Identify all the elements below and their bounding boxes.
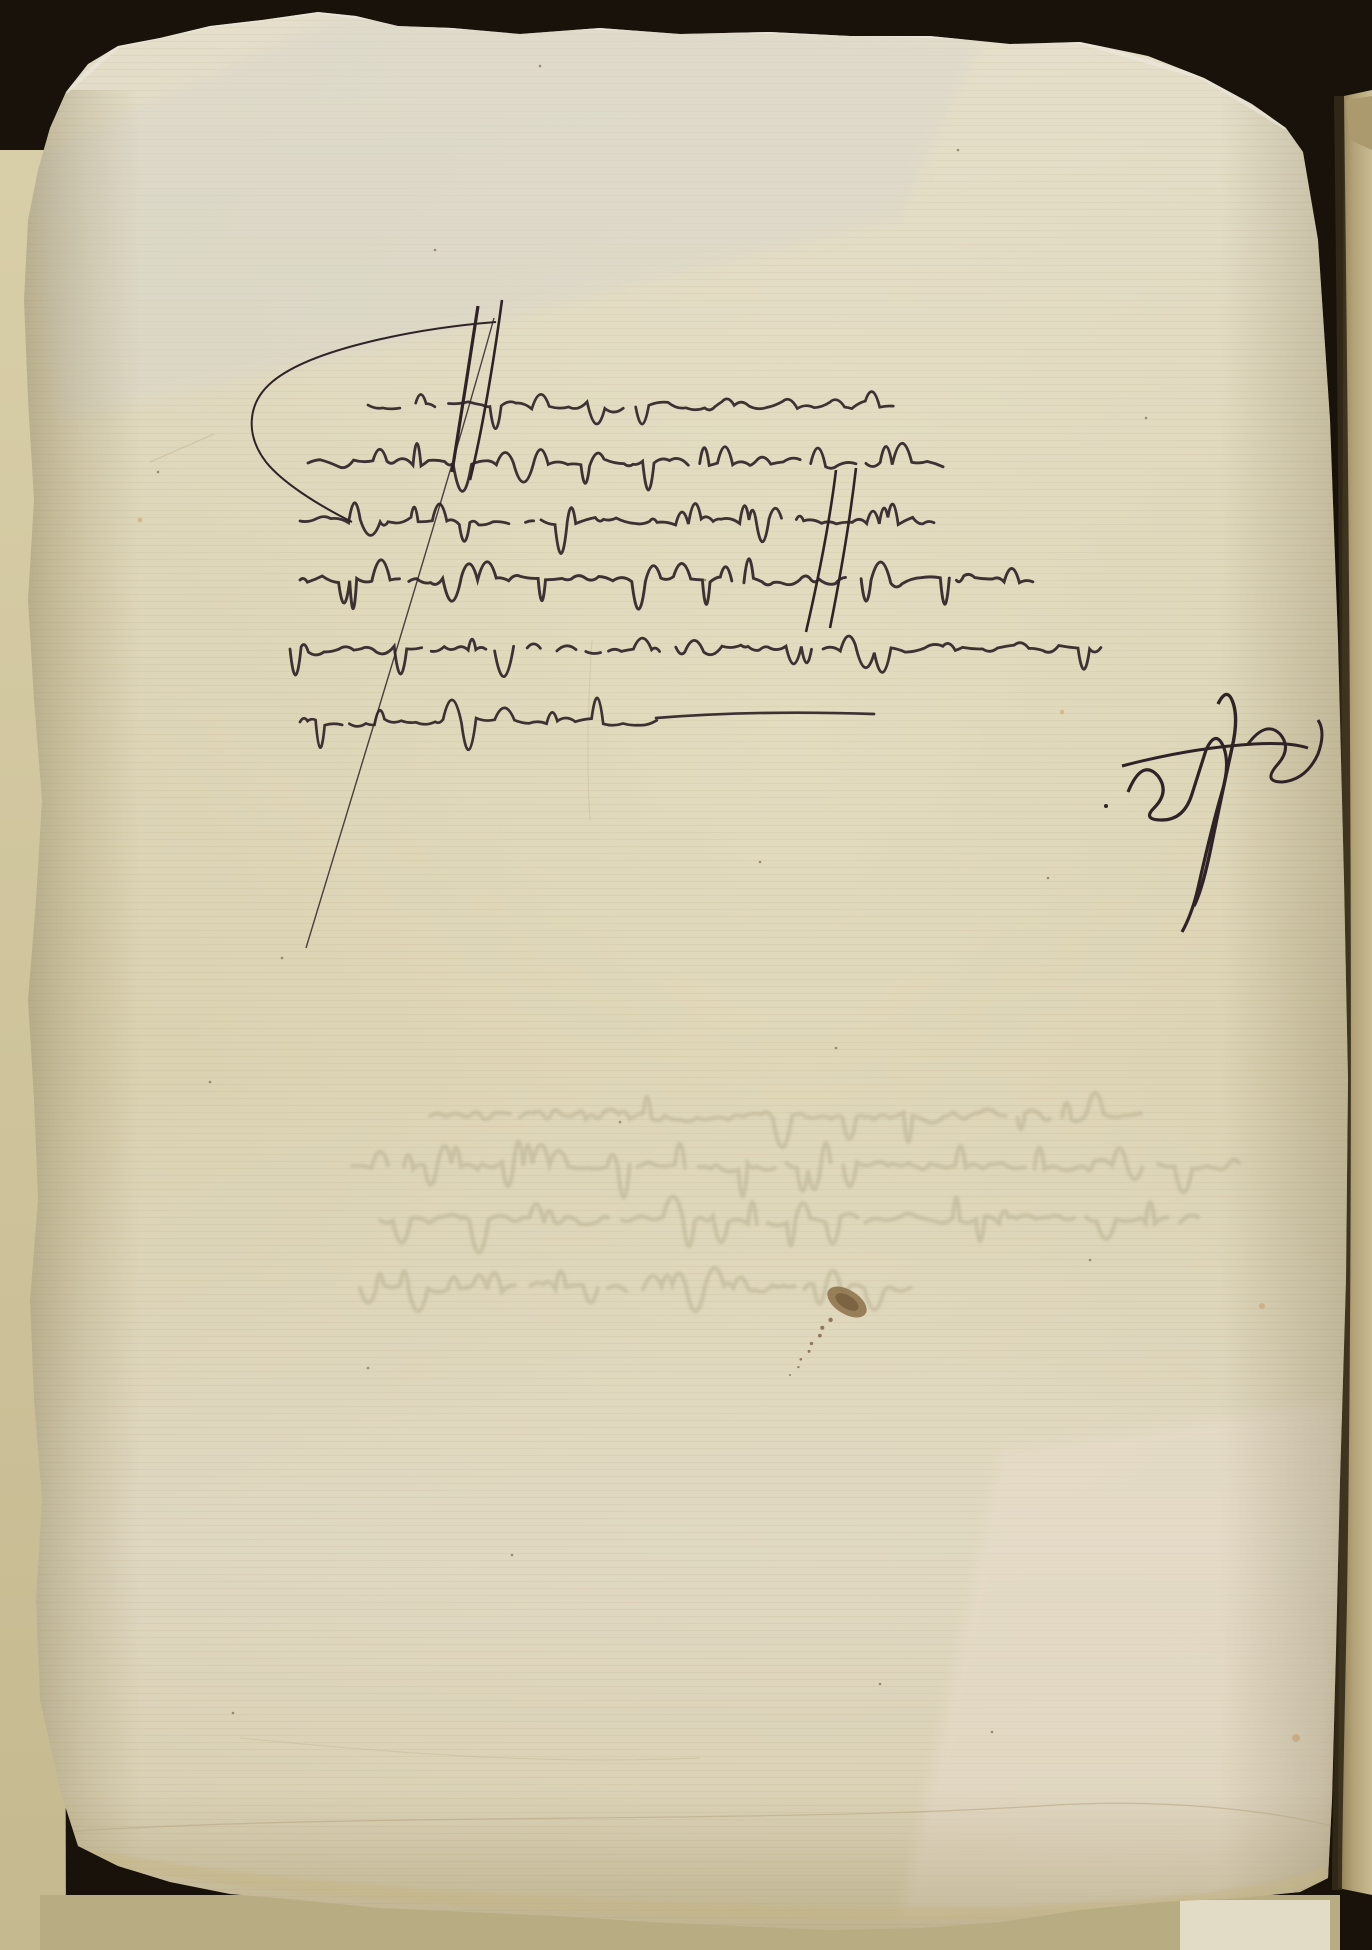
stain-droplet — [820, 1326, 824, 1330]
fox-spot — [1292, 1734, 1300, 1742]
paper-speck — [232, 1712, 235, 1715]
stain-droplet — [828, 1318, 832, 1322]
under-page-white-sliver — [1180, 1900, 1330, 1950]
paper-speck — [957, 149, 960, 152]
paper-speck — [619, 1121, 622, 1124]
stain-droplet — [799, 1358, 802, 1361]
stain-droplet — [797, 1366, 799, 1368]
paper-speck — [157, 471, 160, 474]
fox-spot — [1060, 710, 1064, 714]
paper-speck — [991, 1731, 994, 1734]
stain-droplet — [818, 1334, 822, 1338]
manuscript-scene — [0, 0, 1372, 1950]
paper-speck — [1089, 1259, 1092, 1262]
paper-speck — [511, 1554, 514, 1557]
stain-droplet — [789, 1374, 791, 1376]
manuscript-photo: Hyr se elyche luder kerend des: stuld er… — [0, 0, 1372, 1950]
paper-speck — [281, 957, 284, 960]
paper-speck — [1047, 877, 1050, 880]
fox-spot — [1259, 1303, 1265, 1309]
paper-speck — [835, 1047, 838, 1050]
paper-speck — [1145, 417, 1148, 420]
paper-speck — [759, 861, 762, 864]
paper-speck — [434, 249, 437, 252]
page-texture — [0, 0, 1372, 1950]
stain-droplet — [808, 1350, 811, 1353]
paper-speck — [367, 1367, 370, 1370]
fox-spot — [138, 518, 143, 523]
paper-speck — [539, 65, 542, 68]
paper-speck — [704, 579, 707, 582]
stain-droplet — [810, 1342, 813, 1345]
paper-speck — [209, 1081, 212, 1084]
paper-speck — [879, 1683, 882, 1686]
